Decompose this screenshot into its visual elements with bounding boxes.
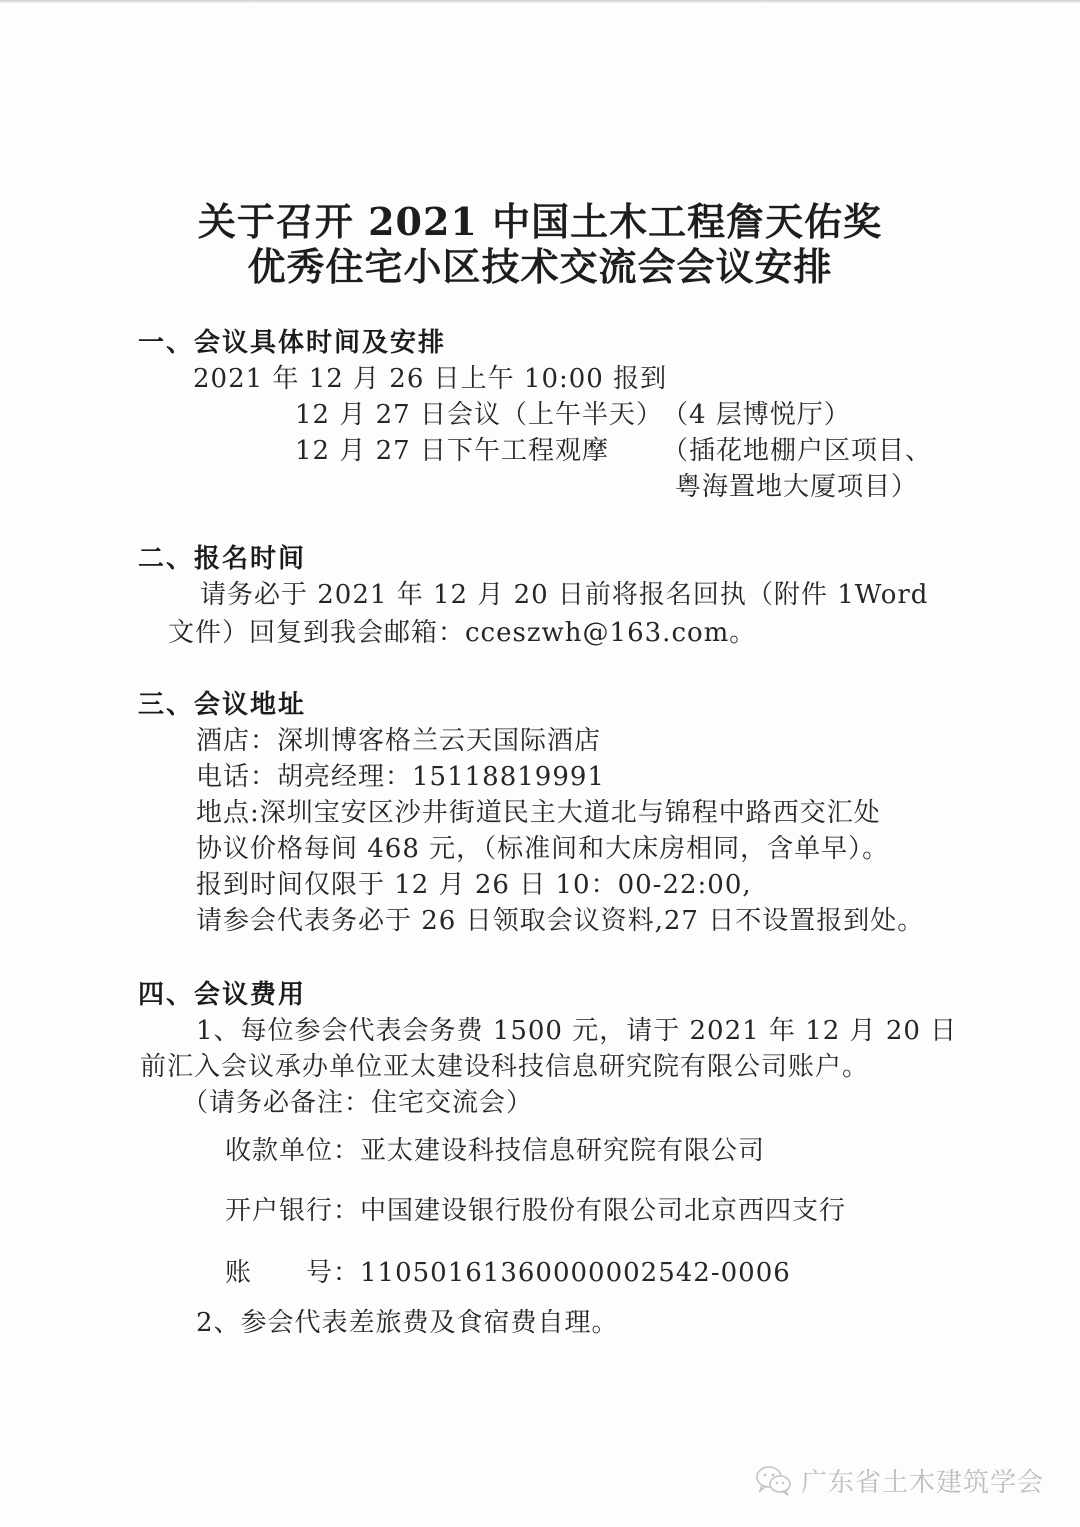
section-heading-registration: 二、报名时间	[138, 546, 306, 572]
schedule-line-site-visit-project-2: 粤海置地大厦项目）	[675, 474, 918, 500]
payee-bank: 开户银行：中国建设银行股份有限公司北京西四支行	[225, 1198, 846, 1224]
document-title-line-2: 优秀住宅小区技术交流会会议安排	[0, 248, 1080, 286]
fees-line-travel: 2、参会代表差旅费及食宿费自理。	[196, 1310, 619, 1336]
venue-hotel: 酒店：深圳博客格兰云天国际酒店	[196, 728, 601, 754]
schedule-line-checkin: 2021 年 12 月 26 日上午 10:00 报到	[193, 366, 667, 392]
section-heading-fees: 四、会议费用	[138, 982, 306, 1008]
document-title-line-1: 关于召开 2021 中国土木工程詹天佑奖	[0, 203, 1080, 241]
venue-address: 地点:深圳宝安区沙井街道民主大道北与锦程中路西交汇处	[196, 800, 881, 826]
registration-line-email: 文件）回复到我会邮箱：cceszwh@163.com。	[168, 620, 756, 646]
watermark: 广东省土木建筑学会	[755, 1462, 1044, 1499]
payee-account-number: 账 号：11050161360000002542-0006	[225, 1260, 791, 1286]
payee-name: 收款单位：亚太建设科技信息研究院有限公司	[225, 1138, 765, 1164]
fees-remark: （请务必备注：住宅交流会）	[182, 1090, 533, 1116]
venue-materials-note: 请参会代表务必于 26 日领取会议资料,27 日不设置报到处。	[196, 908, 924, 934]
venue-checkin-hours: 报到时间仅限于 12 月 26 日 10：00-22:00,	[196, 872, 752, 898]
schedule-line-meeting: 12 月 27 日会议（上午半天）	[295, 402, 663, 428]
watermark-text: 广东省土木建筑学会	[801, 1462, 1044, 1499]
section-heading-venue: 三、会议地址	[138, 692, 306, 718]
venue-room-price: 协议价格每间 468 元，（标准间和大床房相同，含单早）。	[196, 836, 889, 862]
fees-line-2: 前汇入会议承办单位亚太建设科技信息研究院有限公司账户。	[140, 1054, 869, 1080]
schedule-line-site-visit-project-1: （插花地棚户区项目、	[662, 438, 932, 464]
schedule-line-site-visit: 12 月 27 日下午工程观摩	[295, 438, 609, 464]
registration-line-1: 请务必于 2021 年 12 月 20 日前将报名回执（附件 1Word	[200, 582, 928, 608]
venue-phone: 电话：胡亮经理：15118819991	[196, 764, 605, 790]
schedule-line-meeting-venue: （4 层博悦厅）	[662, 402, 851, 428]
page-top-edge	[0, 0, 1080, 3]
wechat-icon	[755, 1465, 793, 1497]
fees-line-1: 1、每位参会代表会务费 1500 元，请于 2021 年 12 月 20 日	[196, 1018, 957, 1044]
section-heading-schedule: 一、会议具体时间及安排	[138, 330, 446, 356]
